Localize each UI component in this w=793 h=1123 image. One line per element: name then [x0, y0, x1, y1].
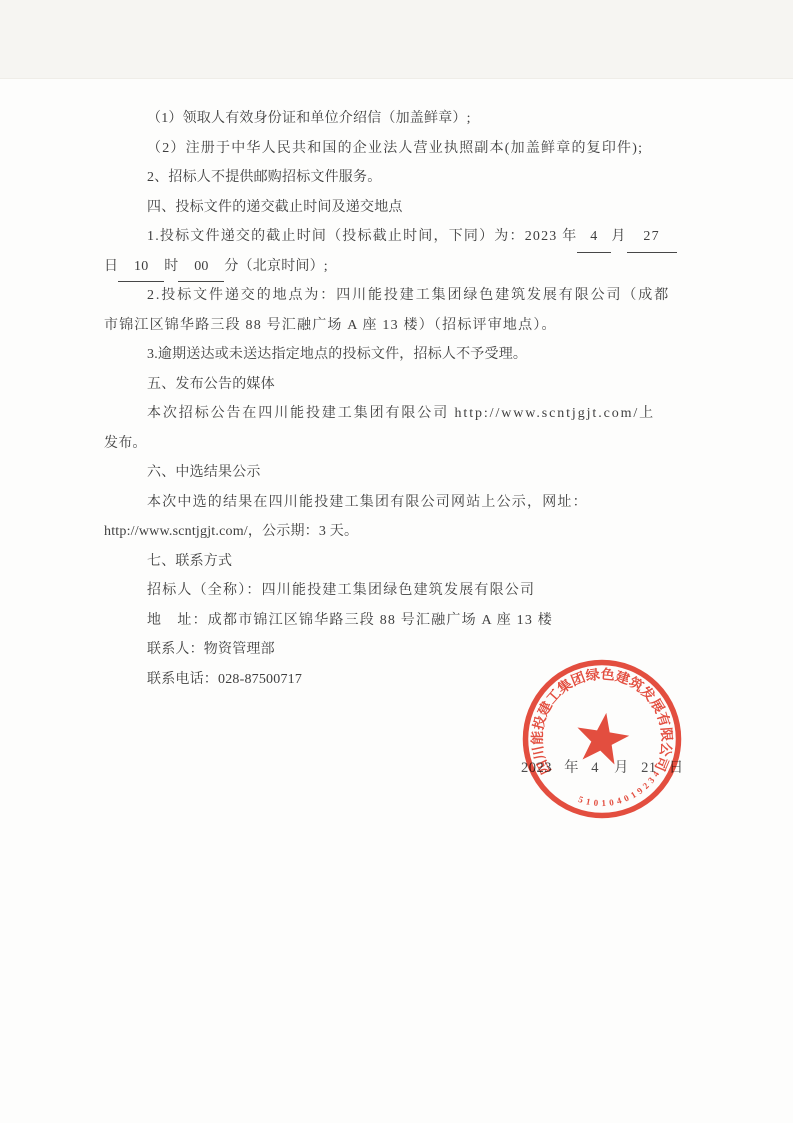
doc-line: 七、联系方式	[104, 547, 694, 577]
doc-line: 六、中选结果公示	[104, 458, 694, 488]
star-icon	[573, 709, 633, 766]
text-segment: 联系人：物资管理部	[147, 642, 275, 657]
fill-in-blank: 27	[627, 222, 677, 253]
doc-line: 招标人（全称）：四川能投建工集团绿色建筑发展有限公司	[104, 576, 694, 606]
text-segment: 发布。	[104, 436, 147, 451]
scan-top-band	[0, 0, 793, 79]
text-segment: （1）领取人有效身份证和单位介绍信（加盖鲜章）;	[147, 111, 471, 126]
doc-line: 地 址：成都市锦江区锦华路三段 88 号汇融广场 A 座 13 楼	[104, 606, 694, 636]
text-segment: 时	[164, 259, 178, 274]
text-segment: 市锦江区锦华路三段 88 号汇融广场 A 座 13 楼）（招标评审地点）。	[104, 318, 557, 333]
document-lines: （1）领取人有效身份证和单位介绍信（加盖鲜章）;（2）注册于中华人民共和国的企业…	[104, 104, 694, 694]
doc-line: 3.逾期送达或未送达指定地点的投标文件，招标人不予受理。	[104, 340, 694, 370]
company-seal-stamp: 四川能投建工集团绿色建筑发展有限公司 510104019234	[512, 649, 692, 829]
text-segment: 四、投标文件的递交截止时间及递交地点	[147, 200, 403, 215]
doc-line: 本次中选的结果在四川能投建工集团有限公司网站上公示，网址：	[104, 488, 694, 518]
text-segment: 3.逾期送达或未送达指定地点的投标文件，招标人不予受理。	[147, 347, 527, 362]
fill-in-blank: 00	[178, 252, 224, 283]
doc-line: 1.投标文件递交的截止时间（投标截止时间，下同）为：2023 年4月27	[104, 222, 694, 252]
doc-line: 市锦江区锦华路三段 88 号汇融广场 A 座 13 楼）（招标评审地点）。	[104, 311, 694, 341]
doc-line: 本次招标公告在四川能投建工集团有限公司 http://www.scntjgjt.…	[104, 399, 694, 429]
doc-line: 2、招标人不提供邮购招标文件服务。	[104, 163, 694, 193]
text-segment: 地 址：成都市锦江区锦华路三段 88 号汇融广场 A 座 13 楼	[147, 613, 553, 628]
doc-line: 四、投标文件的递交截止时间及递交地点	[104, 193, 694, 223]
text-segment: 本次招标公告在四川能投建工集团有限公司 http://www.scntjgjt.…	[147, 406, 655, 421]
text-segment: 2、招标人不提供邮购招标文件服务。	[147, 170, 381, 185]
text-segment: 七、联系方式	[147, 554, 232, 569]
doc-line: 五、发布公告的媒体	[104, 370, 694, 400]
text-segment: （2）注册于中华人民共和国的企业法人营业执照副本(加盖鲜章的复印件);	[147, 141, 643, 156]
doc-line: http://www.scntjgjt.com/，公示期：3 天。	[104, 517, 694, 547]
doc-line: 日10时00分（北京时间）;	[104, 252, 694, 282]
text-segment: 分（北京时间）;	[224, 259, 328, 274]
doc-line: （1）领取人有效身份证和单位介绍信（加盖鲜章）;	[104, 104, 694, 134]
doc-line: （2）注册于中华人民共和国的企业法人营业执照副本(加盖鲜章的复印件);	[104, 134, 694, 164]
text-segment: 1.投标文件递交的截止时间（投标截止时间，下同）为：2023 年	[147, 229, 577, 244]
text-segment: 月	[611, 229, 626, 244]
text-segment: 招标人（全称）：四川能投建工集团绿色建筑发展有限公司	[147, 583, 535, 598]
text-segment: http://www.scntjgjt.com/，公示期：3 天。	[104, 524, 358, 539]
text-segment: 五、发布公告的媒体	[147, 377, 275, 392]
text-segment: 2.投标文件递交的地点为：四川能投建工集团绿色建筑发展有限公司（成都	[147, 288, 670, 303]
doc-line: 发布。	[104, 429, 694, 459]
text-segment: 联系电话：028-87500717	[147, 672, 302, 687]
fill-in-blank: 4	[577, 222, 611, 253]
fill-in-blank: 10	[118, 252, 164, 283]
text-segment: 日	[104, 259, 118, 274]
text-segment: 六、中选结果公示	[147, 465, 261, 480]
doc-line: 2.投标文件递交的地点为：四川能投建工集团绿色建筑发展有限公司（成都	[104, 281, 694, 311]
text-segment: 本次中选的结果在四川能投建工集团有限公司网站上公示，网址：	[147, 495, 588, 510]
